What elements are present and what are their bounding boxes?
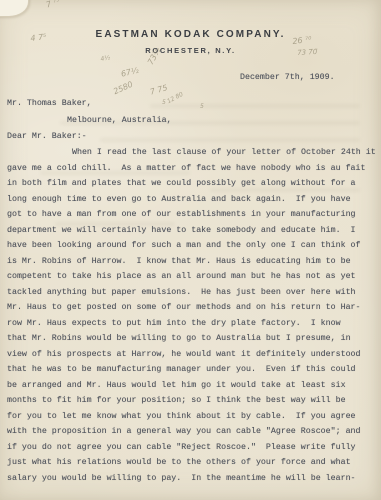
body-line: gave me a cold chill. As a matter of fac… xyxy=(7,161,377,177)
page-corner-fold xyxy=(0,0,29,17)
body-line: if you do not agree you can cable "Rejec… xyxy=(7,440,377,456)
body-line: When I read the last clause of your lett… xyxy=(7,145,377,161)
body-line: that he was to be manufacturing manager … xyxy=(7,362,377,378)
pencil-annotation: 4½ xyxy=(100,54,111,63)
letterhead-company-name: EASTMAN KODAK COMPANY. xyxy=(0,29,381,40)
body-line: salary you would be willing to pay. In t… xyxy=(7,471,377,487)
body-line: in both film and plates that we could po… xyxy=(7,176,377,192)
pencil-annotation: 7 ⁷⁵ xyxy=(45,0,61,10)
pencil-annotation: 7 75 xyxy=(149,83,169,97)
pencil-annotation: 2580 xyxy=(112,80,134,97)
body-line: that Mr. Robins would be willing to go t… xyxy=(7,331,377,347)
recipient-address: Melbourne, Australia, xyxy=(67,116,172,125)
pencil-annotation: 67½ xyxy=(120,66,140,79)
body-line: for you to let me know what you think ab… xyxy=(7,409,377,425)
salutation: Dear Mr. Baker:- xyxy=(7,132,87,141)
body-line: competent to take his place as an all ar… xyxy=(7,269,377,285)
body-line: department we will certainly have to tak… xyxy=(7,223,377,239)
bleed-through-smudge xyxy=(150,104,360,108)
body-line: months to fit him for your position; so … xyxy=(7,393,377,409)
body-line: Mr. Haus to get posted on some of our me… xyxy=(7,300,377,316)
letter-body: When I read the last clause of your lett… xyxy=(7,145,377,486)
letterhead-company-location: ROCHESTER, N.Y. xyxy=(0,46,381,55)
body-line: long enough time to even go to Australia… xyxy=(7,192,377,208)
body-line: view of his prospects at Harrow, he woul… xyxy=(7,347,377,363)
body-line: have been looking around for such a man … xyxy=(7,238,377,254)
body-line: is Mr. Robins of Harrow. I know that Mr.… xyxy=(7,254,377,270)
body-line: be arranged and Mr. Haus would let him g… xyxy=(7,378,377,394)
date-line: December 7th, 1909. xyxy=(240,73,335,82)
body-line: row Mr. Haus expects to put him into the… xyxy=(7,316,377,332)
body-line: tackled anything but paper emulsions. He… xyxy=(7,285,377,301)
bleed-through-smudge xyxy=(100,138,360,142)
recipient-name: Mr. Thomas Baker, xyxy=(7,99,92,108)
body-line: with the proposition in a general way yo… xyxy=(7,424,377,440)
letter-page: EASTMAN KODAK COMPANY. ROCHESTER, N.Y. D… xyxy=(0,0,381,500)
body-line: just what his relations would be to the … xyxy=(7,455,377,471)
body-line: got to have a man from one of our establ… xyxy=(7,207,377,223)
